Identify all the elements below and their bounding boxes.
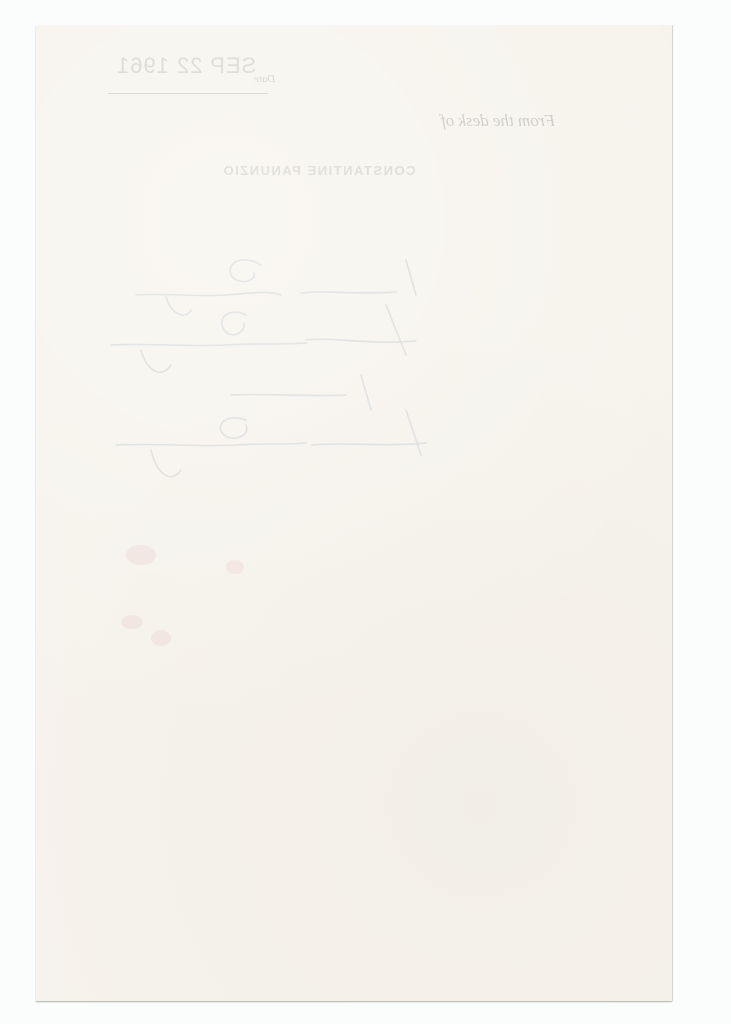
date-underline: [108, 93, 268, 94]
letterhead-owner-name: CONSTANTINE PANUNZIO: [222, 163, 415, 178]
handwritten-signatures: [106, 245, 446, 495]
date-stamp: SEP 22 1961: [116, 53, 256, 79]
faint-red-show-through-marks: [116, 535, 316, 665]
from-the-desk-of-heading: From the desk of: [441, 111, 555, 131]
signature-block: [106, 245, 446, 495]
date-label: Date: [254, 73, 275, 85]
paper-sheet: SEP 22 1961 Date From the desk of CONSTA…: [36, 25, 672, 1001]
